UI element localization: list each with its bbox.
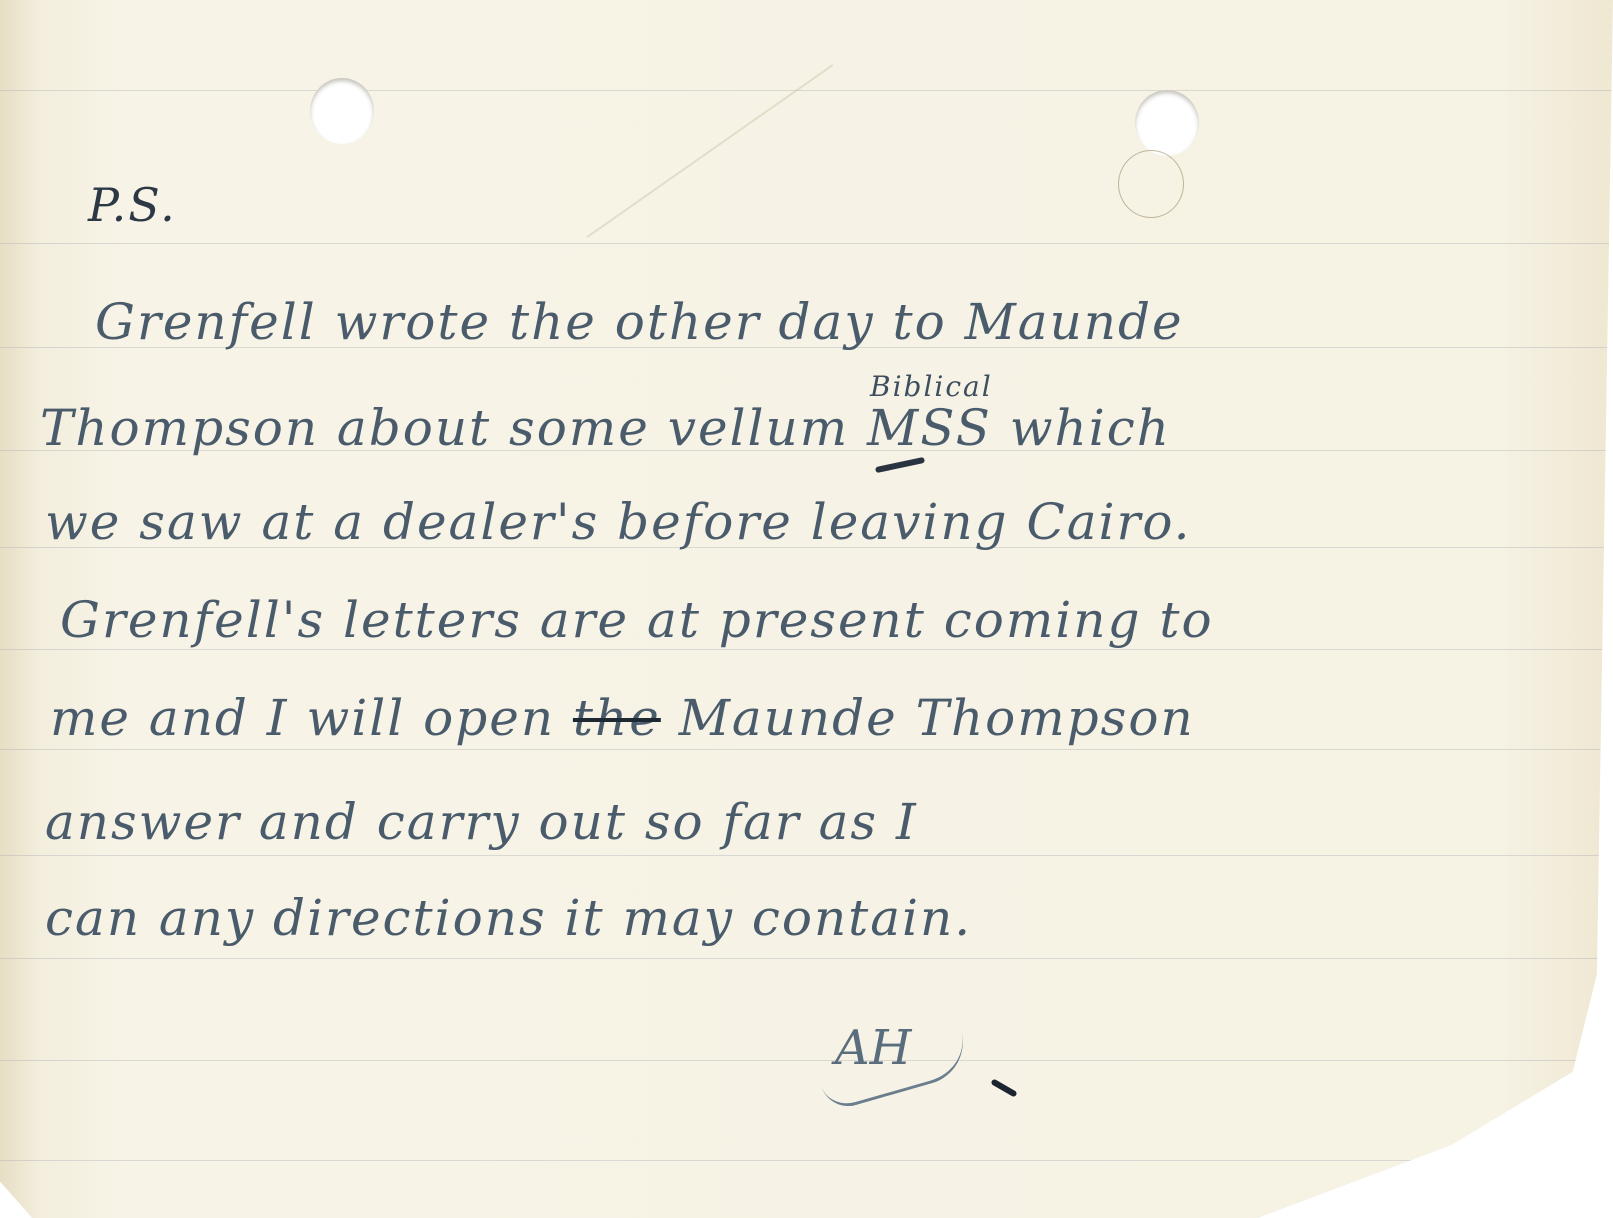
postscript-heading: P.S.	[88, 178, 177, 232]
ruled-line	[0, 90, 1613, 91]
letter-line-1: Grenfell wrote the other day to Maunde	[95, 292, 1184, 352]
letter-line-5-end: Maunde Thompson	[661, 689, 1195, 747]
closing-dash-mark	[990, 1078, 1017, 1097]
ruled-line	[0, 1160, 1613, 1161]
ruled-line	[0, 749, 1613, 750]
letter-page: P.S. Grenfell wrote the other day to Mau…	[0, 0, 1613, 1218]
ruled-line	[0, 243, 1613, 244]
letter-line-3: we saw at a dealer's before leaving Cair…	[45, 492, 1192, 552]
ruled-line	[0, 855, 1613, 856]
letter-line-5: me and I will open the Maunde Thompson	[50, 688, 1195, 748]
punch-ring-mark	[1118, 150, 1184, 218]
letter-line-5-start: me and I will open	[50, 689, 573, 747]
letter-line-7: can any directions it may contain.	[45, 888, 972, 948]
punch-hole-left	[310, 78, 374, 144]
letter-line-6: answer and carry out so far as I	[45, 792, 918, 852]
ruled-line	[0, 958, 1613, 959]
letter-line-4: Grenfell's letters are at present coming…	[60, 590, 1214, 650]
letter-line-2: Thompson about some vellum MSS which	[40, 398, 1171, 458]
insertion-caret-mark	[875, 457, 925, 473]
struck-word: the	[573, 689, 661, 747]
punch-hole-right	[1135, 90, 1199, 156]
ruled-line	[0, 1060, 1613, 1061]
